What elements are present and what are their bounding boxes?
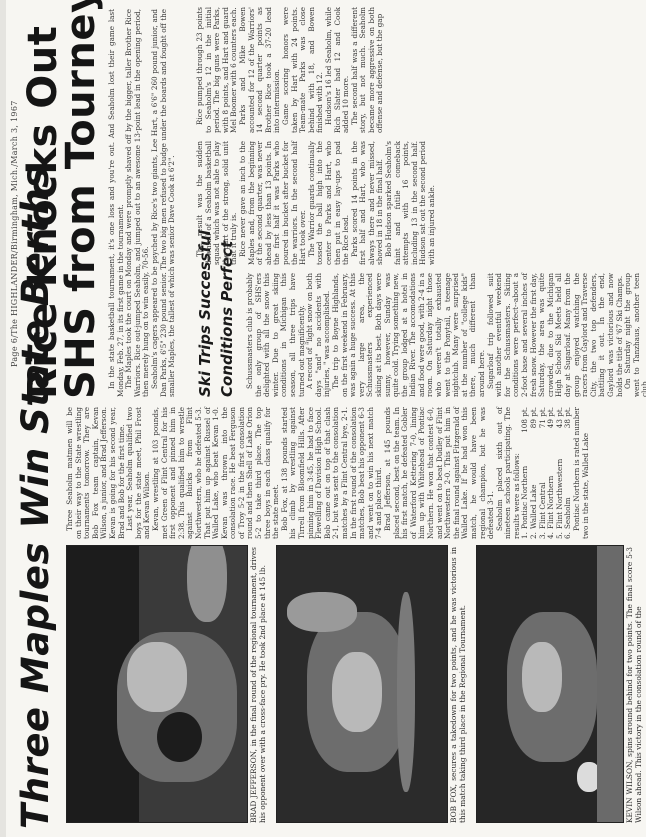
paragraph: Rice never gave an inch to the Maples an… [239,141,308,265]
paragraph: The second half was a different story, b… [351,7,385,133]
paragraph: Game scoring honors were taken by Hart w… [282,7,325,133]
paragraph: In the state basketball tournament, it's… [108,9,125,397]
paragraph: Sugarloaf trip followed suit with anothe… [487,273,625,397]
caption-name: KEVIN WILSON, [625,760,634,823]
paragraph: On Saturday night the group went to Tanz… [624,273,646,397]
paragraph: The result was the sudden downfall of a … [196,141,239,265]
paragraph: The Warrior guards continually tossed th… [308,141,351,265]
paragraph: Rice pumped through 23 points to Seaholm… [196,7,239,133]
photo-bob-fox [276,545,448,823]
paragraph: Three Seaholm matmen will be on their wa… [66,407,126,539]
paragraph: Bob Fox, at 138 pounds started his climb… [281,407,384,539]
newspaper-page: Three Maples Win State Berths BRAD JEFFE… [0,0,646,837]
headline-line-1: Rice Knocks Out [24,0,62,399]
paragraph: Parks scored 14 points in the first half… [351,141,385,265]
caption-kevin-wilson: KEVIN WILSON, spins around behind for tw… [626,547,644,823]
basketball-intro: In the state basketball tournament, it's… [108,9,177,397]
basketball-column-2: The result was the sudden downfall of a … [196,141,437,265]
caption-text: secures a takedown for two points, and h… [449,547,467,823]
paragraph: Schussmasters club is probably the only … [246,273,306,397]
results-list: 1.Pontiac Northern108 pt. 2.Walled Lake8… [521,407,573,539]
paragraph: Hudson's 16 led Seaholm, while Rich Slat… [325,7,351,133]
paragraph: The Maples took the court on Monday and … [125,9,151,397]
paragraph: Kevan, wrestling at 103 pounds, met Gree… [152,407,281,539]
paragraph: Parks and Mike Bowen accounted for 12 of… [239,7,282,133]
scan-edge [0,0,6,837]
paragraph: Brad Jefferson, at 145 pounds placed sec… [384,407,496,539]
paragraph: A record of "light snow on both days "an… [306,273,332,397]
paragraph: Seaholm placed sixth out of nineteen sch… [496,407,522,539]
caption-name: BOB FOX, [449,784,458,823]
wrestling-article-body: Three Seaholm matmen will be on their wa… [66,407,590,539]
headline-line-2: SHS from Tourney [62,0,100,399]
caption-name: BRAD JEFFERSON, [249,749,258,823]
basketball-headline: Rice Knocks Out SHS from Tourney [24,0,100,399]
ski-article-body: Schussmasters club is probably the only … [246,273,646,397]
photo-kevin-wilson [476,545,624,823]
page-header: Page 6/The HIGHLANDER/Birmingham, Mich./… [10,100,19,367]
paragraph: Pontiac Northern is rated number two in … [573,407,590,539]
caption-bob-fox: BOB FOX, secures a takedown for two poin… [450,547,468,823]
basketball-column-3: Rice pumped through 23 points to Seaholm… [196,7,385,133]
paragraph: Bob Hudson sparked Seaholm's faint and f… [385,141,437,265]
caption-brad-jefferson: BRAD JEFFERSON, in the final round of th… [250,547,268,823]
paragraph: Last year, Seaholm qualified two boys fo… [126,407,152,539]
paragraph: Seaholm's cagers appeared to be psyched … [151,9,177,397]
photo-brad-jefferson [66,545,248,823]
paragraph: The trip to Boyne Highlands, on the firs… [332,273,487,397]
